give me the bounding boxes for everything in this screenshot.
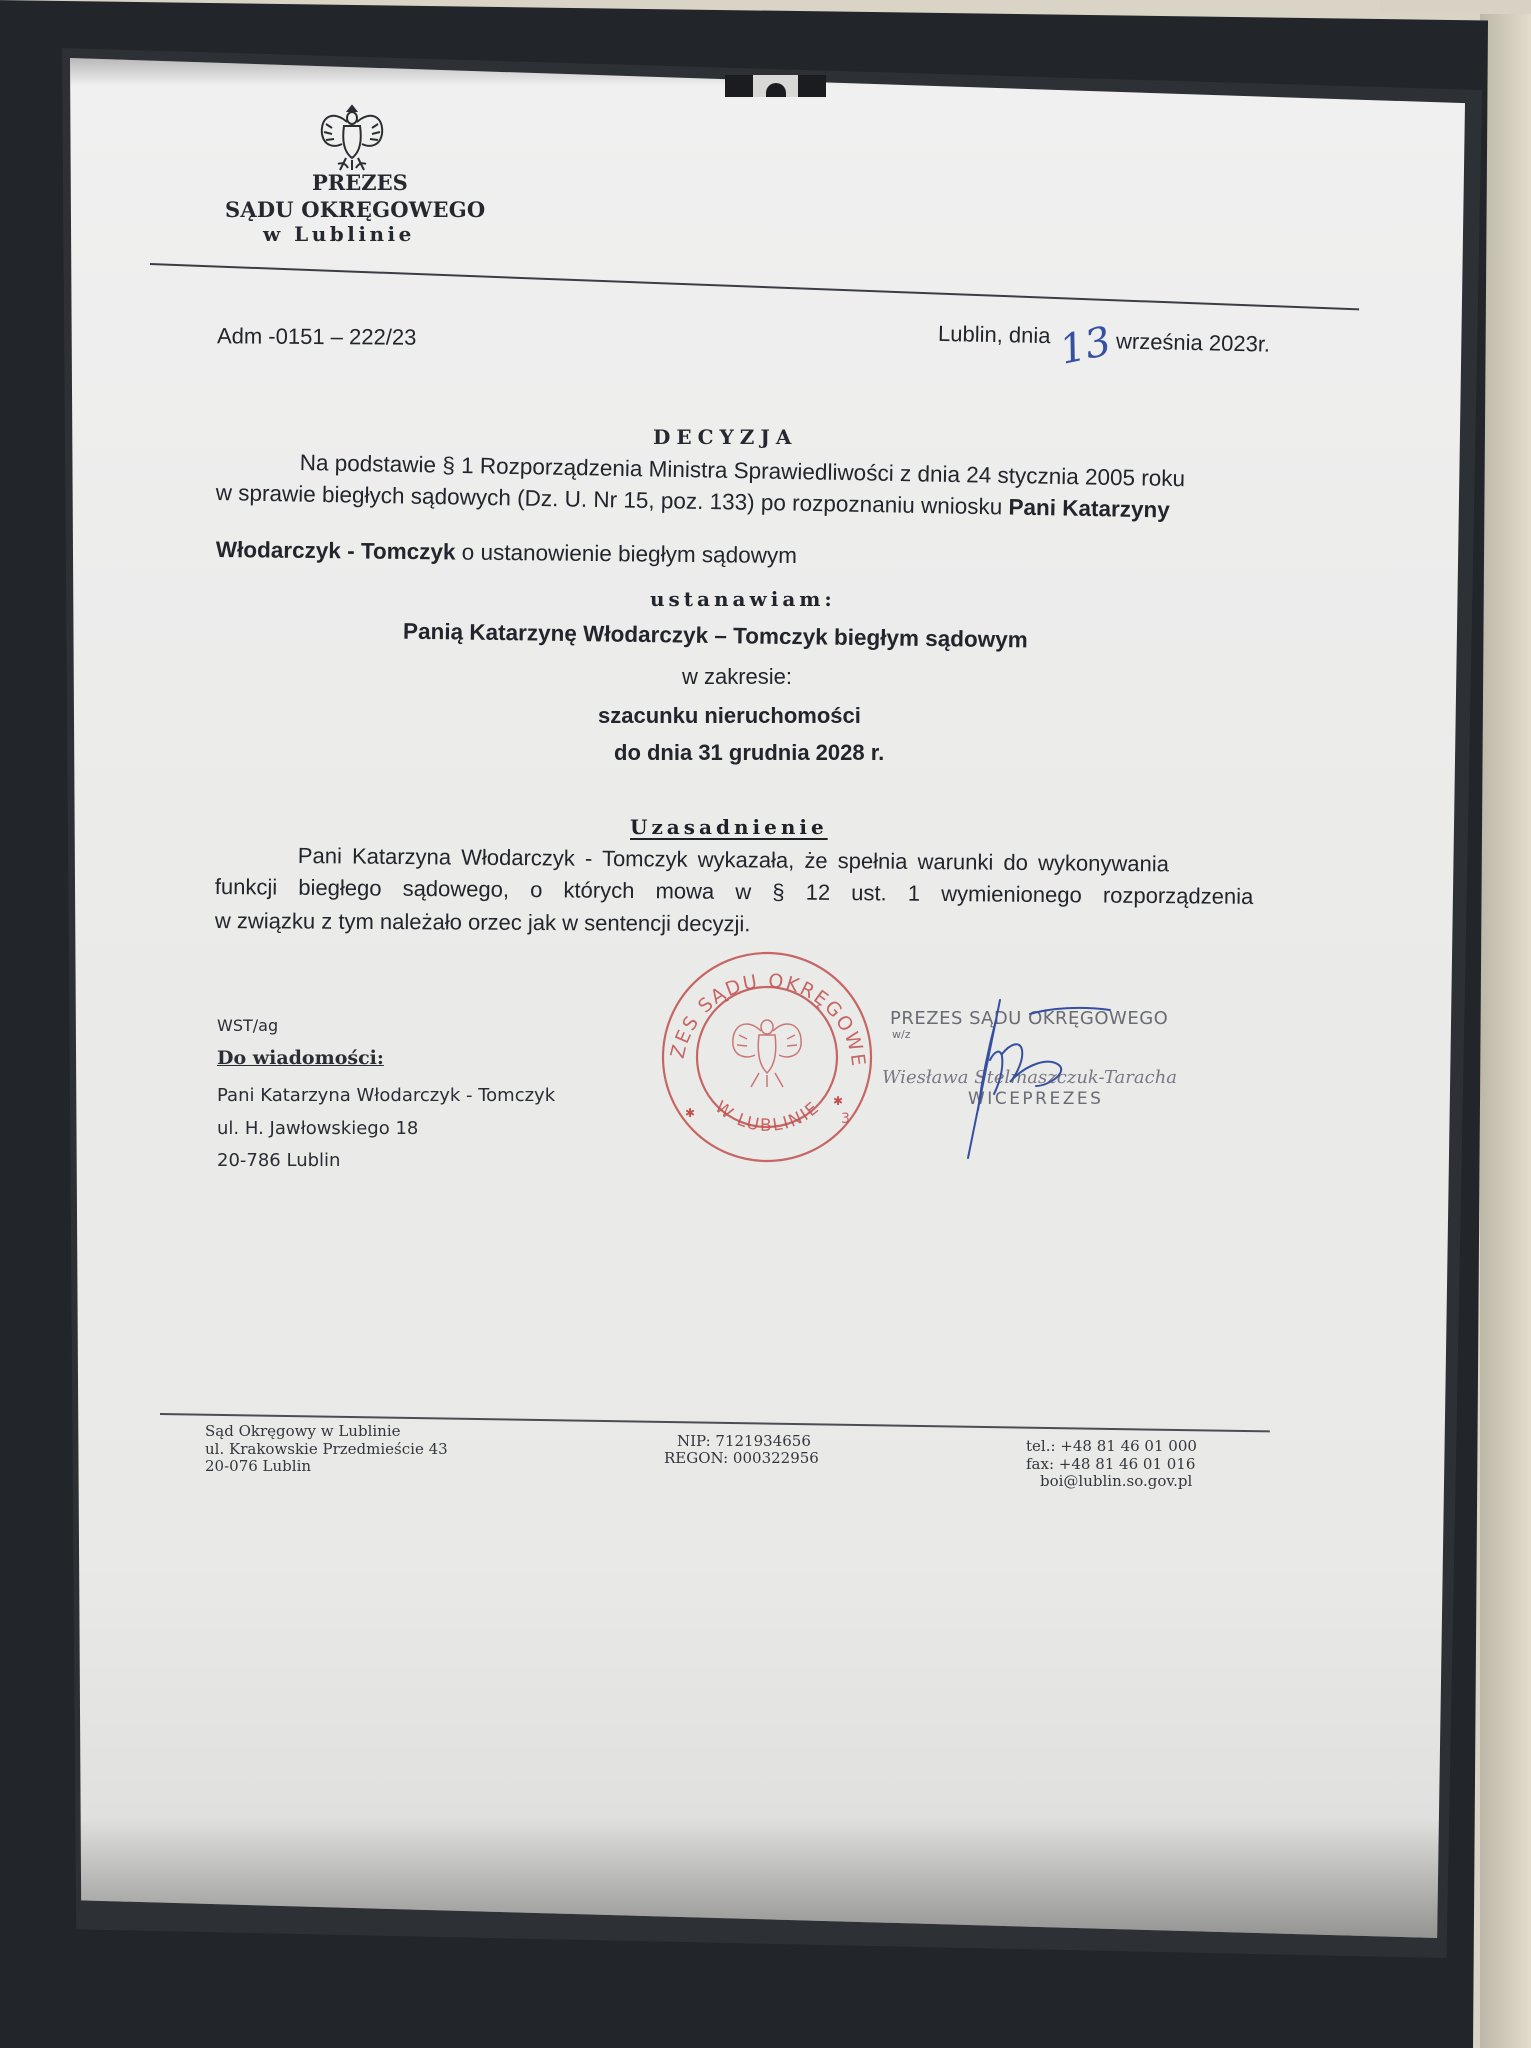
decision-document: PREZES SĄDU OKRĘGOWEGO w Lublinie Adm -0… [0, 0, 1531, 2048]
signature-on-behalf: w/z [892, 1028, 910, 1041]
svg-text:3: 3 [841, 1111, 850, 1127]
recipients-title: Do wiadomości: [217, 1047, 384, 1069]
footer-fax: fax: +48 81 46 01 016 [1026, 1455, 1195, 1473]
scope-label: w zakresie: [682, 664, 792, 690]
decision-title: DECYZJA [653, 425, 797, 449]
recipient-city: 20-786 Lublin [217, 1150, 340, 1171]
handwritten-signature [940, 990, 1170, 1160]
footer-org: Sąd Okręgowy w Lublinie [205, 1422, 401, 1440]
valid-until: do dnia 31 grudnia 2028 r. [614, 740, 884, 766]
svg-text:W LUBLINIE: W LUBLINIE [711, 1097, 824, 1136]
justification-line-1: Pani Katarzyna Włodarczyk - Tomczyk wyka… [298, 843, 1169, 877]
case-number: Adm -0151 – 222/23 [217, 323, 417, 350]
preamble-line-3-text: o ustanowienie biegłym sądowym [455, 540, 797, 569]
applicant-first-name: Pani Katarzyny [1008, 495, 1170, 523]
justification-title: Uzasadnienie [630, 815, 828, 839]
footer-city: 20-076 Lublin [205, 1457, 311, 1475]
footer-regon: REGON: 000322956 [664, 1449, 819, 1467]
recipient-name: Pani Katarzyna Włodarczyk - Tomczyk [217, 1085, 555, 1106]
header-line-2: SĄDU OKRĘGOWEGO [225, 197, 485, 222]
scope: szacunku nieruchomości [598, 703, 861, 729]
header-line-1: PREZES [312, 170, 408, 195]
footer-street: ul. Krakowskie Przedmieście 43 [205, 1440, 448, 1458]
recipient-street: ul. H. Jawłowskiego 18 [217, 1118, 418, 1139]
stamp-eagle-icon [733, 1020, 801, 1087]
justification-line-2: funkcji biegłego sądowego, o których mow… [215, 874, 1254, 910]
header-line-3: w Lublinie [263, 222, 415, 246]
footer-email[interactable]: boi@lublin.so.gov.pl [1040, 1472, 1192, 1490]
polish-eagle-icon [312, 100, 392, 180]
handwritten-day: 13 [1056, 318, 1115, 374]
applicant-last-name: Włodarczyk - Tomczyk [216, 537, 456, 565]
footer-tel: tel.: +48 81 46 01 000 [1026, 1437, 1197, 1455]
header-divider [150, 263, 1359, 310]
appointee: Panią Katarzynę Włodarczyk – Tomczyk bie… [403, 619, 1028, 654]
ruling-header: ustanawiam: [650, 587, 836, 611]
date-suffix: września 2023r. [1116, 328, 1271, 357]
svg-text:✱: ✱ [833, 1094, 843, 1108]
preamble-line-3: Włodarczyk - Tomczyk o ustanowienie bieg… [216, 537, 797, 569]
justification-line-3: w związku z tym należało orzec jak w sen… [215, 908, 751, 937]
date-prefix: Lublin, dnia [938, 321, 1051, 349]
svg-text:✱: ✱ [685, 1106, 695, 1120]
author-initials: WST/ag [217, 1016, 278, 1035]
official-stamp: PREZES SĄDU OKRĘGOWEGO W LUBLINIE 3 ✱ ✱ [655, 945, 880, 1170]
footer-nip: NIP: 7121934656 [677, 1432, 811, 1450]
